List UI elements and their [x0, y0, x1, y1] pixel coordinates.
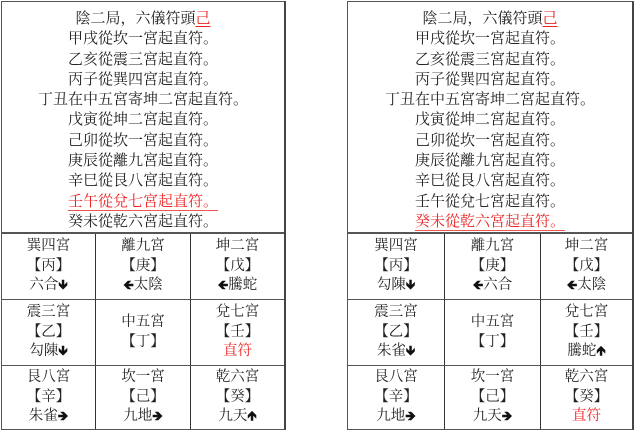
verse-line: 辛巳從艮八宮起直符。 [2, 170, 284, 190]
palace-cell-center: 中五宮【丁】 [445, 300, 541, 366]
panel-right: 陰二局，六儀符頭己 甲戌從坎一宮起直符。 乙亥從震三宮起直符。 丙子從巽四宮起直… [347, 1, 634, 430]
deity: 九天🡺 [445, 407, 540, 427]
verse-line: 丙子從巽四宮起直符。 [2, 69, 284, 89]
stem: 【庚】 [96, 257, 190, 277]
palace-cell: 乾六宮【癸】直符 [541, 366, 632, 429]
highlighted-text: 壬午從兌七宮起直符。 [68, 192, 218, 210]
verse-line-highlighted: 癸未從乾六宮起直符。 [348, 211, 632, 231]
deity-name: 九天 [473, 408, 502, 424]
title-highlight: 己 [543, 9, 558, 27]
palace-name: 乾六宮 [191, 368, 284, 388]
arrow-left-icon: 🡸 [473, 278, 484, 293]
panel-left: 陰二局，六儀符頭己 甲戌從坎一宮起直符。 乙亥從震三宮起直符。 丙子從巽四宮起直… [1, 1, 286, 430]
palace-cell: 巽四宮【丙】勾陳🡻 [348, 234, 445, 300]
stem: 【戊】 [541, 257, 632, 277]
palace-name: 坤二宮 [191, 237, 284, 257]
arrow-down-icon: 🡻 [406, 344, 415, 359]
palace-name: 坎一宮 [96, 368, 190, 388]
stem: 【丙】 [2, 257, 95, 277]
deity: 九天🡹 [191, 407, 284, 427]
palace-name: 兌七宮 [191, 303, 284, 323]
verse-line: 辛巳從艮八宮起直符。 [348, 170, 632, 190]
deity-name: 九天 [218, 408, 247, 424]
verse-line: 甲戌從坎一宮起直符。 [348, 28, 632, 48]
deity: 朱雀🡻 [348, 342, 444, 362]
deity: 🡸六合 [445, 276, 540, 296]
palace-cell: 離九宮【庚】🡸六合 [445, 234, 541, 300]
palace-name: 震三宮 [2, 303, 95, 323]
palace-cell: 震三宮【乙】勾陳🡻 [2, 300, 96, 366]
palace-cell-center: 中五宮【丁】 [96, 300, 191, 366]
arrow-up-icon: 🡹 [596, 344, 605, 359]
arrow-down-icon: 🡻 [406, 278, 415, 293]
palace-name: 離九宮 [445, 237, 540, 257]
verse-title: 陰二局，六儀符頭己 [348, 8, 632, 28]
deity-name: 太陰 [577, 277, 606, 293]
stem: 【辛】 [2, 388, 95, 408]
deity-name: 九地 [123, 408, 152, 424]
verse-line: 庚辰從離九宮起直符。 [2, 150, 284, 170]
verse-line: 己卯從坎一宮起直符。 [348, 130, 632, 150]
deity-name: 朱雀 [29, 408, 58, 424]
palace-cell: 兌七宮【壬】直符 [191, 300, 284, 366]
deity: 勾陳🡻 [2, 342, 95, 362]
deity-name: 勾陳 [29, 343, 58, 359]
deity-name: 六合 [483, 277, 512, 293]
zhifu-marker: 直符 [541, 407, 632, 427]
stem: 【乙】 [348, 323, 444, 343]
arrow-left-icon: 🡸 [123, 278, 134, 293]
verse-line: 戊寅從坤二宮起直符。 [2, 109, 284, 129]
deity: 六合🡻 [2, 276, 95, 296]
deity-name: 勾陳 [377, 277, 406, 293]
stem: 【庚】 [445, 257, 540, 277]
stem: 【丁】 [445, 333, 540, 353]
verse-line: 丁丑在中五宮寄坤二宮起直符。 [348, 89, 632, 109]
verse-line: 丁丑在中五宮寄坤二宮起直符。 [2, 89, 284, 109]
arrow-right-icon: 🡺 [58, 409, 69, 424]
stem: 【乙】 [2, 323, 95, 343]
verse-line: 癸未從乾六宮起直符。 [2, 211, 284, 231]
verse-line: 乙亥從震三宮起直符。 [2, 49, 284, 69]
verse-line: 丙子從巽四宮起直符。 [348, 69, 632, 89]
title-prefix: 陰二局，六儀符頭 [75, 9, 195, 27]
stem: 【癸】 [541, 388, 632, 408]
stem: 【癸】 [191, 388, 284, 408]
deity-name: 六合 [29, 277, 58, 293]
palace-cell: 坤二宮【戊】🡸騰蛇 [191, 234, 284, 300]
stem: 【丁】 [96, 333, 190, 353]
palace-name: 艮八宮 [348, 368, 444, 388]
palace-name: 乾六宮 [541, 368, 632, 388]
palace-name: 坎一宮 [445, 368, 540, 388]
verse-text: 陰二局，六儀符頭己 甲戌從坎一宮起直符。 乙亥從震三宮起直符。 丙子從巽四宮起直… [2, 8, 284, 232]
palace-name: 中五宮 [445, 313, 540, 333]
deity: 九地🡺 [348, 407, 444, 427]
arrow-right-icon: 🡺 [405, 409, 416, 424]
palace-name: 巽四宮 [2, 237, 95, 257]
stem: 【己】 [445, 388, 540, 408]
verse-title: 陰二局，六儀符頭己 [2, 8, 284, 28]
palace-cell: 震三宮【乙】朱雀🡻 [348, 300, 445, 366]
arrow-right-icon: 🡺 [152, 409, 163, 424]
verse-line: 己卯從坎一宮起直符。 [2, 130, 284, 150]
verse-line: 庚辰從離九宮起直符。 [348, 150, 632, 170]
palace-cell: 離九宮【庚】🡸太陰 [96, 234, 191, 300]
palace-name: 兌七宮 [541, 303, 632, 323]
palace-cell: 坎一宮【己】九天🡺 [445, 366, 541, 429]
arrow-left-icon: 🡸 [567, 278, 578, 293]
deity-name: 九地 [376, 408, 405, 424]
title-highlight: 己 [196, 9, 211, 27]
palace-name: 震三宮 [348, 303, 444, 323]
stem: 【辛】 [348, 388, 444, 408]
title-prefix: 陰二局，六儀符頭 [422, 9, 542, 27]
stem: 【戊】 [191, 257, 284, 277]
deity: 🡸太陰 [96, 276, 190, 296]
palace-name: 巽四宮 [348, 237, 444, 257]
deity-name: 太陰 [134, 277, 163, 293]
arrow-left-icon: 🡸 [218, 278, 229, 293]
deity: 🡸太陰 [541, 276, 632, 296]
palace-cell: 巽四宮【丙】六合🡻 [2, 234, 96, 300]
verse-line: 壬午從兌七宮起直符。 [348, 191, 632, 211]
verse-text: 陰二局，六儀符頭己 甲戌從坎一宮起直符。 乙亥從震三宮起直符。 丙子從巽四宮起直… [348, 8, 632, 232]
deity: 騰蛇🡹 [541, 342, 632, 362]
stem: 【壬】 [541, 323, 632, 343]
verse-line: 甲戌從坎一宮起直符。 [2, 28, 284, 48]
palace-cell: 坤二宮【戊】🡸太陰 [541, 234, 632, 300]
deity-name: 騰蛇 [567, 343, 596, 359]
arrow-down-icon: 🡻 [58, 278, 67, 293]
nine-palace-grid: 巽四宮【丙】六合🡻 離九宮【庚】🡸太陰 坤二宮【戊】🡸騰蛇 震三宮【乙】勾陳🡻 … [2, 232, 284, 429]
verse-line: 乙亥從震三宮起直符。 [348, 49, 632, 69]
arrow-down-icon: 🡻 [58, 344, 67, 359]
arrow-up-icon: 🡹 [247, 409, 256, 424]
deity: 勾陳🡻 [348, 276, 444, 296]
highlighted-text: 癸未從乾六宮起直符。 [415, 212, 565, 230]
stem: 【壬】 [191, 323, 284, 343]
stem: 【丙】 [348, 257, 444, 277]
stem: 【己】 [96, 388, 190, 408]
verse-line-highlighted: 壬午從兌七宮起直符。 [2, 191, 284, 211]
palace-name: 坤二宮 [541, 237, 632, 257]
palace-name: 中五宮 [96, 313, 190, 333]
deity: 朱雀🡺 [2, 407, 95, 427]
verse-line: 戊寅從坤二宮起直符。 [348, 109, 632, 129]
nine-palace-grid: 巽四宮【丙】勾陳🡻 離九宮【庚】🡸六合 坤二宮【戊】🡸太陰 震三宮【乙】朱雀🡻 … [348, 232, 632, 429]
zhifu-marker: 直符 [191, 342, 284, 362]
palace-cell: 兌七宮【壬】騰蛇🡹 [541, 300, 632, 366]
palace-name: 艮八宮 [2, 368, 95, 388]
palace-name: 離九宮 [96, 237, 190, 257]
deity-name: 朱雀 [377, 343, 406, 359]
palace-cell: 坎一宮【己】九地🡺 [96, 366, 191, 429]
arrow-right-icon: 🡺 [502, 409, 513, 424]
deity: 🡸騰蛇 [191, 276, 284, 296]
deity-name: 騰蛇 [228, 277, 257, 293]
palace-cell: 艮八宮【辛】九地🡺 [348, 366, 445, 429]
palace-cell: 艮八宮【辛】朱雀🡺 [2, 366, 96, 429]
palace-cell: 乾六宮【癸】九天🡹 [191, 366, 284, 429]
deity: 九地🡺 [96, 407, 190, 427]
